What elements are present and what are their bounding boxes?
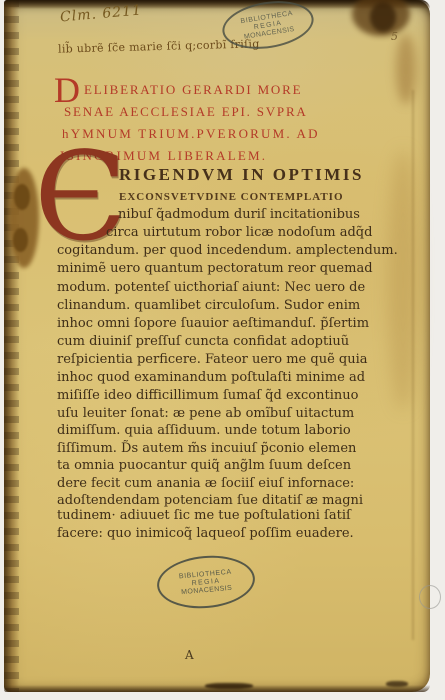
text-line: uſu leuiter ſonat: æ pene ab omĩbuſ uita… <box>57 406 354 421</box>
clip-mark <box>419 585 441 609</box>
folio-number: 5 <box>391 30 398 43</box>
rubric-drop-cap: D <box>54 72 80 108</box>
text-line: adoſtendendam potenciam ſue ditatiſ æ ma… <box>57 493 363 508</box>
incipit-caps-line: EXCONSVETVDINE CONTEMPLATIO <box>119 191 344 203</box>
incipit-caps-line: RIGENDVM IN OPTIMIS <box>119 165 364 185</box>
page-top-edge <box>4 0 430 9</box>
text-line: ſiſſimum. D̃s autem m̃s incuiuſ p̃conio … <box>57 441 356 456</box>
text-line: nibuſ q̃admodum duriſ incitationibus <box>118 207 360 222</box>
binding-edge <box>4 0 19 692</box>
text-line: miſiſſe ideo difficillimum ſumaſ q̃d exc… <box>57 388 358 403</box>
text-line: facere: quo inimicoq̃ laqueoſ poſſim eua… <box>57 526 354 541</box>
text-line: tudinem· adiuuet ſic me tue poſtulationi… <box>57 508 351 523</box>
quire-signature: A <box>185 648 194 662</box>
text-line: inhoc quod examinandum poſtulaſti minime… <box>57 370 365 385</box>
text-line: minimẽ uero quantum pectoratum reor quem… <box>57 261 373 276</box>
page-bottom-edge <box>4 685 430 692</box>
stamp-line: Monacensis <box>181 584 232 595</box>
text-line: reſpicientia perficere. Fateor uero me q… <box>57 352 368 367</box>
text-line: dimiſſum. quia aſſiduum. unde totum labo… <box>57 423 351 438</box>
text-line: clinandum. quamlibet circuloſum. Sudor e… <box>57 298 360 313</box>
text-line: dere fecit cum anania æ ſociiſ eiuſ info… <box>57 476 354 491</box>
text-line: modum. potenteſ uicthoriaſ aiunt: Nec ue… <box>57 280 365 295</box>
text-line: cum diuiniſ preſſuſ cuncta confidat adop… <box>57 334 349 349</box>
rubric-line: ELIBERATIO GERARDI MORE <box>84 82 302 98</box>
text-line: inhoc omni ſopore ſuauior aeſtimanduſ. p… <box>57 316 369 331</box>
text-line: ta omnia puocantur quiq̃ ang̃lm ſuum deſ… <box>57 458 351 473</box>
parchment-crease <box>412 90 414 640</box>
text-line: cogitandum. per quod incedendum. amplect… <box>57 243 398 258</box>
rubric-line: SENAE AECCLESIAE EPI. SVPRA <box>64 104 308 120</box>
text-line: circa uirtutum robor licæ nodoſum adq̃d <box>106 225 372 240</box>
